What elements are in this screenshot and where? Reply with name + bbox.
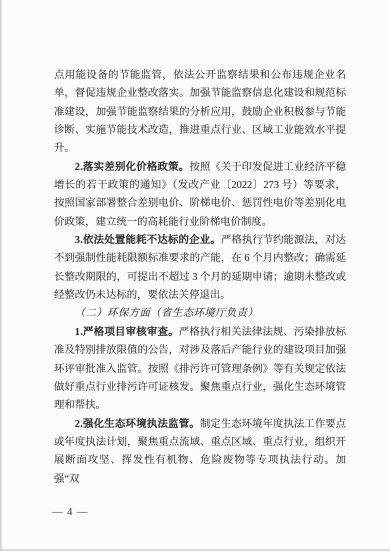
page-number: — 4 — xyxy=(52,507,89,518)
paragraph: 3.依法处置能耗不达标的企业。严格执行节约能源法，对达不到强制性能耗限额标准要求… xyxy=(54,232,346,305)
paragraph-lead: 3.依法处置能耗不达标的企业。 xyxy=(75,235,221,246)
paragraph: 2.落实差别化价格政策。按照《关于印发促进工业经济平稳增长的若干政策的通知》（发… xyxy=(54,159,346,232)
paragraph-lead: 1.严格项目审核审查。 xyxy=(75,327,179,338)
paragraph: 点用能设备的节能监管，依法公开监察结果和公布违规企业名单，督促违规企业整改落实。… xyxy=(54,67,346,159)
paragraph-lead: 2.强化生态环境执法监管。 xyxy=(75,419,200,430)
paragraph: 2.强化生态环境执法监管。制定生态环境年度执法工作要点或年度执法计划，聚焦重点流… xyxy=(54,416,346,489)
section-heading: （二）环保方面（省生态环境厅负责） xyxy=(54,305,346,323)
document-page: 点用能设备的节能监管，依法公开监察结果和公布违规企业名单，督促违规企业整改落实。… xyxy=(0,0,390,551)
document-body: 点用能设备的节能监管，依法公开监察结果和公布违规企业名单，督促违规企业整改落实。… xyxy=(54,67,346,489)
paragraph-lead: 2.落实差别化价格政策。 xyxy=(75,162,190,173)
scan-edge-left-shadow xyxy=(0,0,3,551)
paragraph: 1.严格项目审核审查。严格执行相关法律法规、污染排放标准及特别排放限值的公告，对… xyxy=(54,324,346,416)
